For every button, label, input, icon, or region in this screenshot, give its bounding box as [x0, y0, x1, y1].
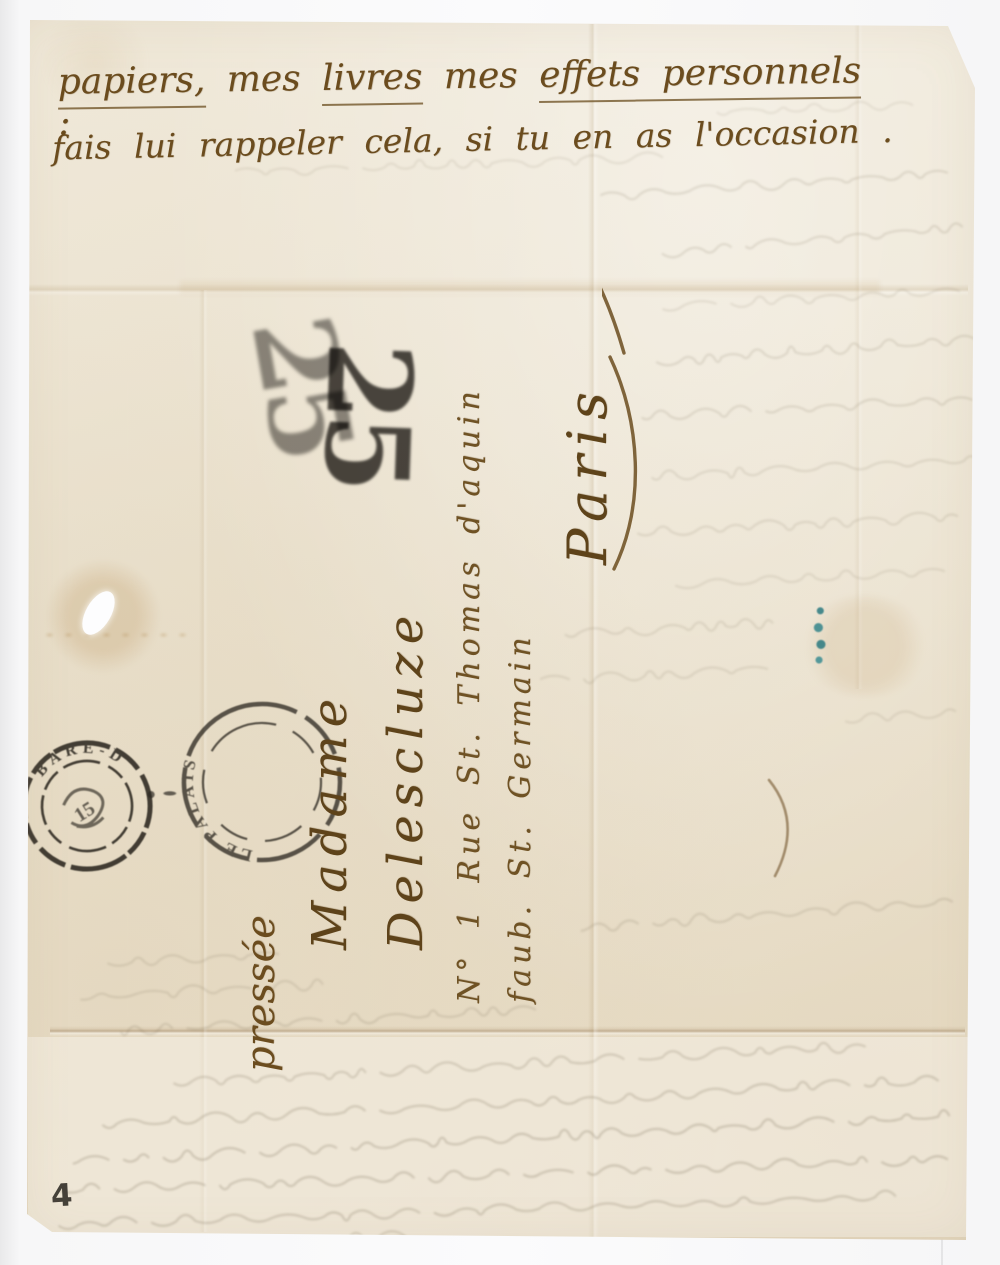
- postscript-underlined-word: livres: [322, 57, 423, 106]
- ink-smudge-dots: [146, 788, 180, 800]
- bleedthrough-line: [661, 274, 962, 320]
- postscript-word: mes: [205, 58, 322, 101]
- bleedthrough-line: [539, 652, 770, 694]
- postscript-word: mes: [422, 55, 539, 98]
- page-number-pencil: 4: [50, 1177, 73, 1214]
- urgency-note: pressée: [238, 817, 284, 1072]
- teal-ink-mark: [812, 606, 828, 666]
- letter-page: papiers, mes livres mes effets personnel…: [0, 0, 1000, 1265]
- bleedthrough-line: [644, 210, 965, 268]
- bleedthrough-line: [639, 443, 980, 491]
- bleedthrough-line: [651, 554, 947, 599]
- paper-stain: [40, 627, 190, 643]
- address-block: Madame Delescluze N° 1 Rue St. Thomas d'…: [292, 325, 562, 1005]
- paper-damage-spot: [76, 586, 122, 640]
- address-city: Paris: [546, 265, 630, 565]
- circular-postmark-left: BARE-D 15: [7, 726, 167, 886]
- bleedthrough-line: [827, 694, 959, 735]
- paris-flourish: [602, 263, 648, 573]
- bleedthrough-line: [647, 323, 978, 376]
- address-district: faub. St. Germain: [496, 325, 546, 1003]
- postscript-underlined-word: effets personnels: [539, 50, 862, 102]
- letter-photograph: papiers, mes livres mes effets personnel…: [0, 0, 1000, 1265]
- ink-flourish-mark: [755, 772, 825, 882]
- postscript-underlined-word: papiers,: [57, 60, 205, 110]
- svg-text:15: 15: [70, 797, 99, 826]
- bleedthrough-line: [629, 383, 975, 431]
- bleedthrough-line: [629, 499, 960, 546]
- address-recipient: Madame Delescluze: [292, 325, 444, 950]
- bleedthrough-line: [559, 606, 775, 647]
- address-street: N° 1 Rue St. Thomas d'aquin: [444, 325, 496, 1003]
- bleedthrough-line: [579, 885, 955, 941]
